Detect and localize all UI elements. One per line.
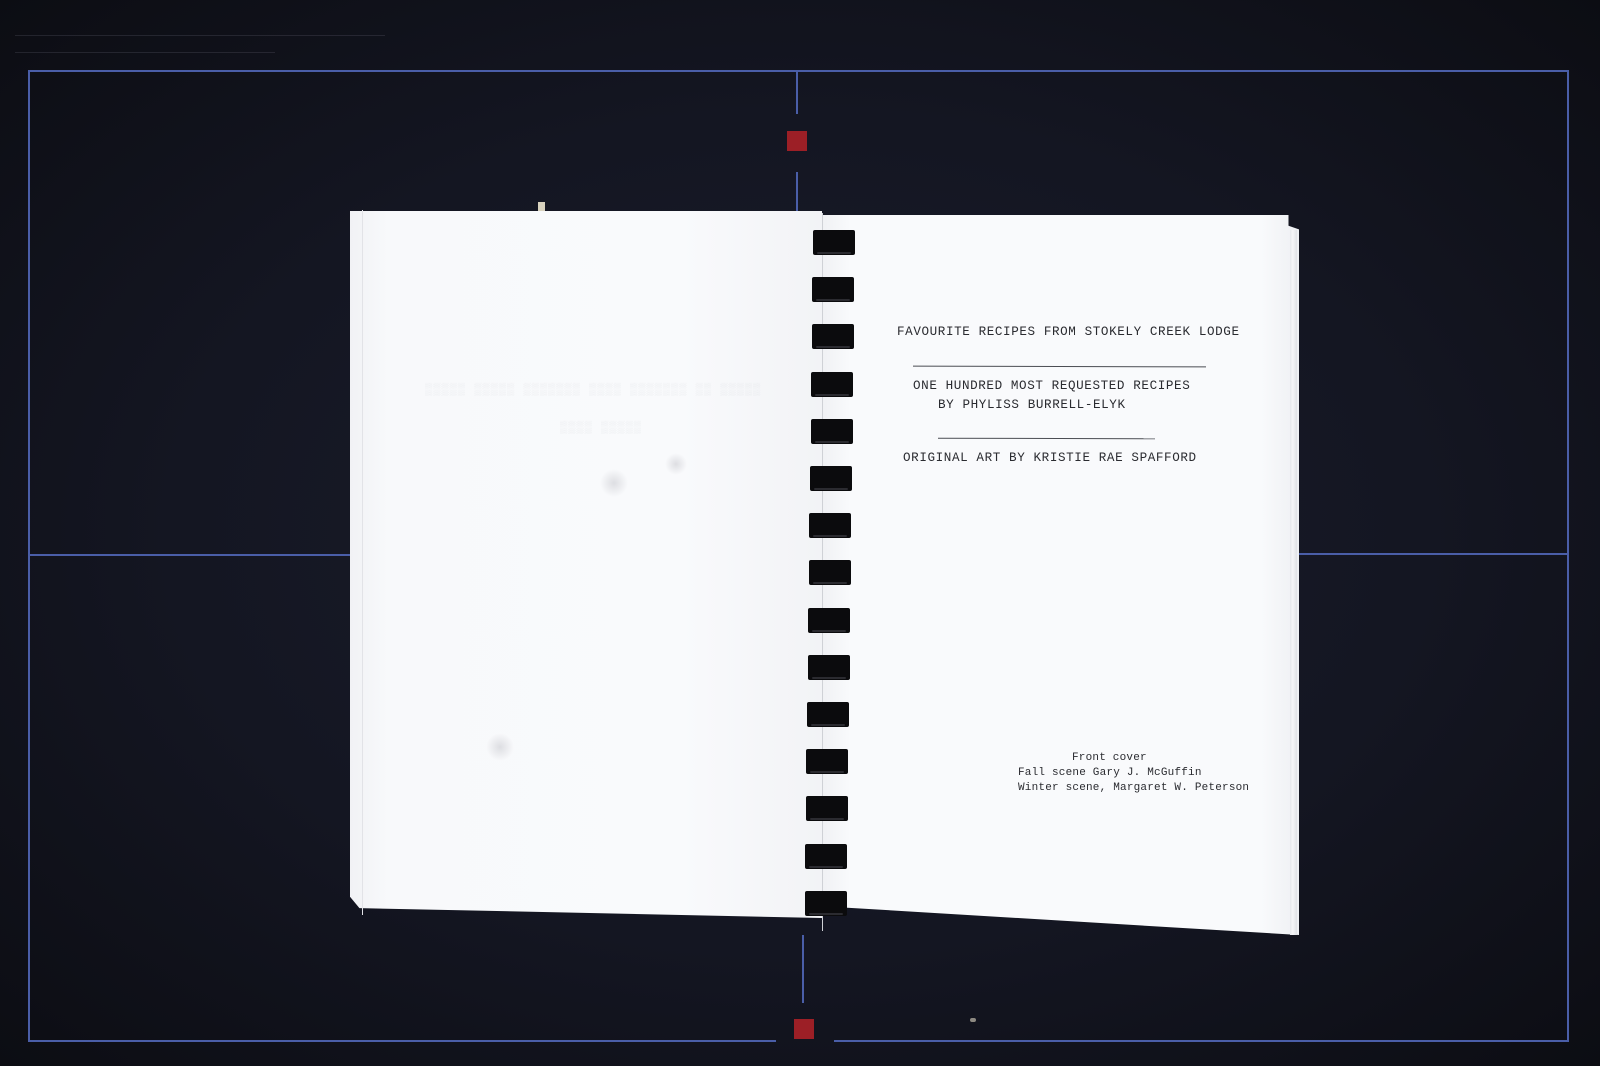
- bleed-through-text: ▒▒▒▒ ▒▒▒▒▒: [560, 421, 642, 435]
- book-author: BY PHYLISS BURRELL-ELYK: [938, 398, 1126, 412]
- binding-ring: [806, 749, 848, 774]
- frame-center-horizontal-right: [1296, 553, 1569, 555]
- frame-left: [28, 70, 30, 1042]
- binding-ring: [810, 466, 852, 491]
- right-page: [822, 215, 1299, 935]
- binding-ring: [807, 702, 849, 727]
- frame-center-vertical-top: [796, 70, 798, 114]
- scanner-bed: ▒▒▒▒▒ ▒▒▒▒▒ ▒▒▒▒▒▒▒ ▒▒▒▒ ▒▒▒▒▒▒▒ ▒▒ ▒▒▒▒…: [0, 0, 1600, 1066]
- binding-ring: [805, 891, 847, 916]
- cover-credit-heading: Front cover: [1072, 752, 1147, 764]
- page-stack-edge: [1290, 230, 1297, 935]
- frame-bottom-right: [834, 1040, 1569, 1042]
- binding-ring: [809, 560, 851, 585]
- registration-mark-top: [787, 131, 807, 151]
- frame-center-vertical-bottom: [802, 935, 804, 1003]
- registration-mark-bottom: [794, 1019, 814, 1039]
- book-subtitle: ONE HUNDRED MOST REQUESTED RECIPES: [913, 379, 1190, 393]
- smudge: [486, 733, 514, 761]
- binding-ring: [808, 608, 850, 633]
- frame-center-vertical-mid: [796, 172, 798, 212]
- cover-credit-winter: Winter scene, Margaret W. Peterson: [1018, 782, 1249, 794]
- dust-particle: [970, 1018, 976, 1022]
- binding-ring: [806, 796, 848, 821]
- frame-bottom-left: [28, 1040, 776, 1042]
- binding-ring: [812, 324, 854, 349]
- comb-binding: [803, 230, 853, 920]
- cover-credit-fall: Fall scene Gary J. McGuffin: [1018, 767, 1202, 779]
- binding-ring: [811, 419, 853, 444]
- binding-ring: [811, 372, 853, 397]
- left-page: ▒▒▒▒▒ ▒▒▒▒▒ ▒▒▒▒▒▒▒ ▒▒▒▒ ▒▒▒▒▒▒▒ ▒▒ ▒▒▒▒…: [350, 211, 822, 918]
- smudge: [600, 469, 628, 497]
- binding-ring: [809, 513, 851, 538]
- frame-center-horizontal-left: [28, 554, 350, 556]
- binding-ring: [805, 844, 847, 869]
- scan-artifact-streak: [15, 35, 385, 36]
- frame-right: [1567, 70, 1569, 1042]
- frame-top: [28, 70, 1569, 72]
- page-tab-flag: [538, 202, 545, 212]
- binding-ring: [813, 230, 855, 255]
- left-page-edge-shadow: [362, 210, 363, 915]
- book-title: FAVOURITE RECIPES FROM STOKELY CREEK LOD…: [897, 325, 1240, 339]
- binding-ring: [808, 655, 850, 680]
- binding-ring: [812, 277, 854, 302]
- smudge: [665, 453, 687, 475]
- art-credit: ORIGINAL ART BY KRISTIE RAE SPAFFORD: [903, 451, 1197, 465]
- bleed-through-text: ▒▒▒▒▒ ▒▒▒▒▒ ▒▒▒▒▒▒▒ ▒▒▒▒ ▒▒▒▒▒▒▒ ▒▒ ▒▒▒▒…: [425, 383, 761, 397]
- scan-artifact-streak: [15, 52, 275, 53]
